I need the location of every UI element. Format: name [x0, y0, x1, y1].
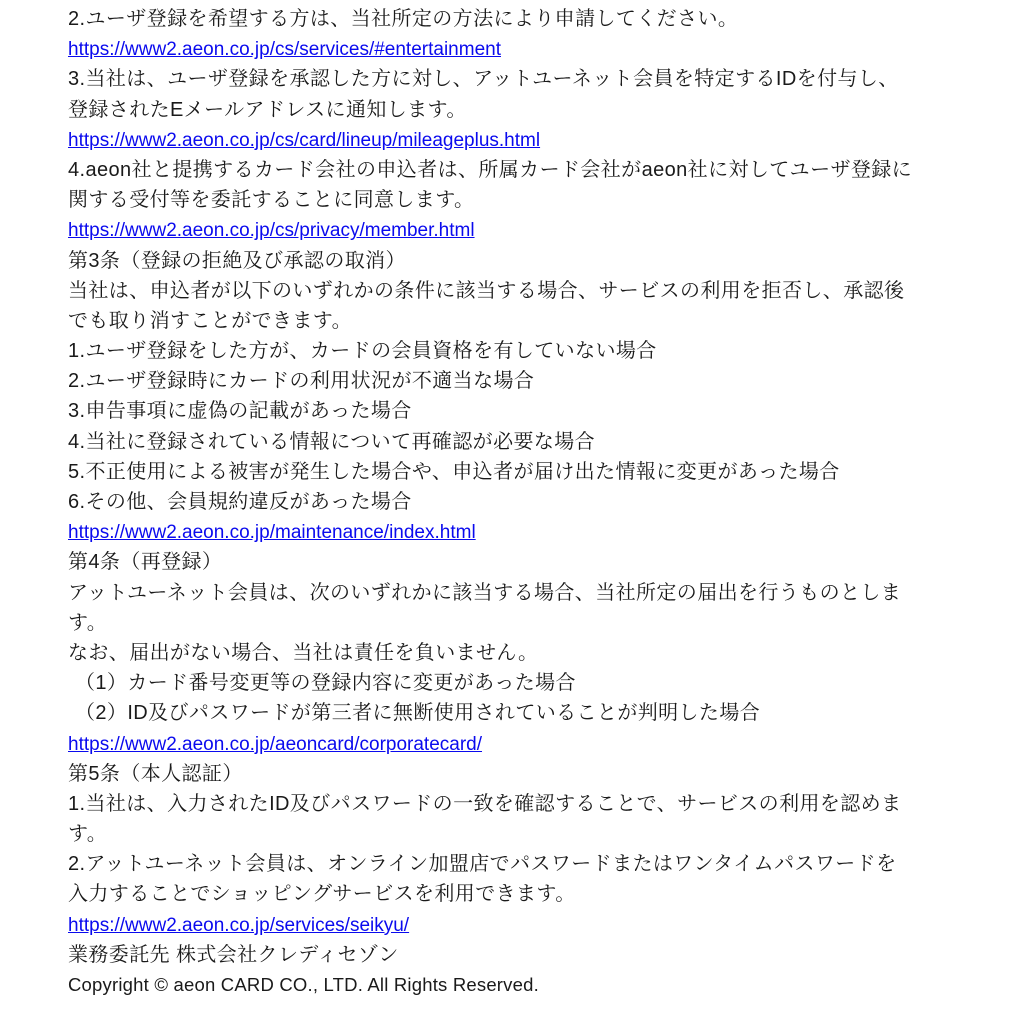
text-line: 4.aeon社と提携するカード会社の申込者は、所属カード会社がaeon社に対して…	[68, 155, 958, 185]
text-line: 当社は、申込者が以下のいずれかの条件に該当する場合、サービスの利用を拒否し、承認…	[68, 276, 958, 306]
hyperlink[interactable]: https://www2.aeon.co.jp/cs/privacy/membe…	[68, 220, 475, 241]
text-line: 6.その他、会員規約違反があった場合	[68, 487, 958, 517]
text-line: 第5条（本人認証）	[68, 759, 958, 789]
text-line: 3.当社は、ユーザ登録を承認した方に対し、アットユーネット会員を特定するIDを付…	[68, 64, 958, 94]
text-line: す。	[68, 819, 958, 849]
text-line: 関する受付等を委託することに同意します。	[68, 185, 958, 215]
hyperlink-line: https://www2.aeon.co.jp/cs/privacy/membe…	[68, 215, 958, 245]
copyright-text: Copyright © aeon CARD CO., LTD. All Righ…	[68, 970, 958, 1000]
hyperlink-line: https://www2.aeon.co.jp/maintenance/inde…	[68, 517, 958, 547]
hyperlink[interactable]: https://www2.aeon.co.jp/services/seikyu/	[68, 915, 409, 936]
text-line: 第4条（再登録）	[68, 547, 958, 577]
text-line: 2.アットユーネット会員は、オンライン加盟店でパスワードまたはワンタイムパスワー…	[68, 849, 958, 879]
hyperlink[interactable]: https://www2.aeon.co.jp/maintenance/inde…	[68, 522, 476, 543]
hyperlink[interactable]: https://www2.aeon.co.jp/cs/card/lineup/m…	[68, 130, 540, 151]
document-body: 2.ユーザ登録を希望する方は、当社所定の方法により申請してください。https:…	[68, 4, 958, 1000]
text-line: 4.当社に登録されている情報について再確認が必要な場合	[68, 427, 958, 457]
hyperlink-line: https://www2.aeon.co.jp/cs/services/#ent…	[68, 34, 958, 64]
text-line: 業務委託先 株式会社クレディセゾン	[68, 940, 958, 970]
text-line: す。	[68, 608, 958, 638]
hyperlink-line: https://www2.aeon.co.jp/aeoncard/corpora…	[68, 729, 958, 759]
text-line: 登録されたEメールアドレスに通知します。	[68, 95, 958, 125]
hyperlink-line: https://www2.aeon.co.jp/cs/card/lineup/m…	[68, 125, 958, 155]
hyperlink-line: https://www2.aeon.co.jp/services/seikyu/	[68, 910, 958, 940]
text-line: 2.ユーザ登録時にカードの利用状況が不適当な場合	[68, 366, 958, 396]
text-line: 1.ユーザ登録をした方が、カードの会員資格を有していない場合	[68, 336, 958, 366]
text-line: 入力することでショッピングサービスを利用できます。	[68, 879, 958, 909]
hyperlink[interactable]: https://www2.aeon.co.jp/aeoncard/corpora…	[68, 734, 482, 755]
text-line: でも取り消すことができます。	[68, 306, 958, 336]
text-line: アットユーネット会員は、次のいずれかに該当する場合、当社所定の届出を行うものとし…	[68, 578, 958, 608]
hyperlink[interactable]: https://www2.aeon.co.jp/cs/services/#ent…	[68, 39, 501, 60]
text-line: 5.不正使用による被害が発生した場合や、申込者が届け出た情報に変更があった場合	[68, 457, 958, 487]
text-line: （1）カード番号変更等の登録内容に変更があった場合	[68, 668, 958, 698]
text-line: 2.ユーザ登録を希望する方は、当社所定の方法により申請してください。	[68, 4, 958, 34]
text-line: 1.当社は、入力されたID及びパスワードの一致を確認することで、サービスの利用を…	[68, 789, 958, 819]
text-line: 3.申告事項に虚偽の記載があった場合	[68, 396, 958, 426]
text-line: （2）ID及びパスワードが第三者に無断使用されていることが判明した場合	[68, 698, 958, 728]
text-line: なお、届出がない場合、当社は責任を負いません。	[68, 638, 958, 668]
text-line: 第3条（登録の拒絶及び承認の取消）	[68, 246, 958, 276]
